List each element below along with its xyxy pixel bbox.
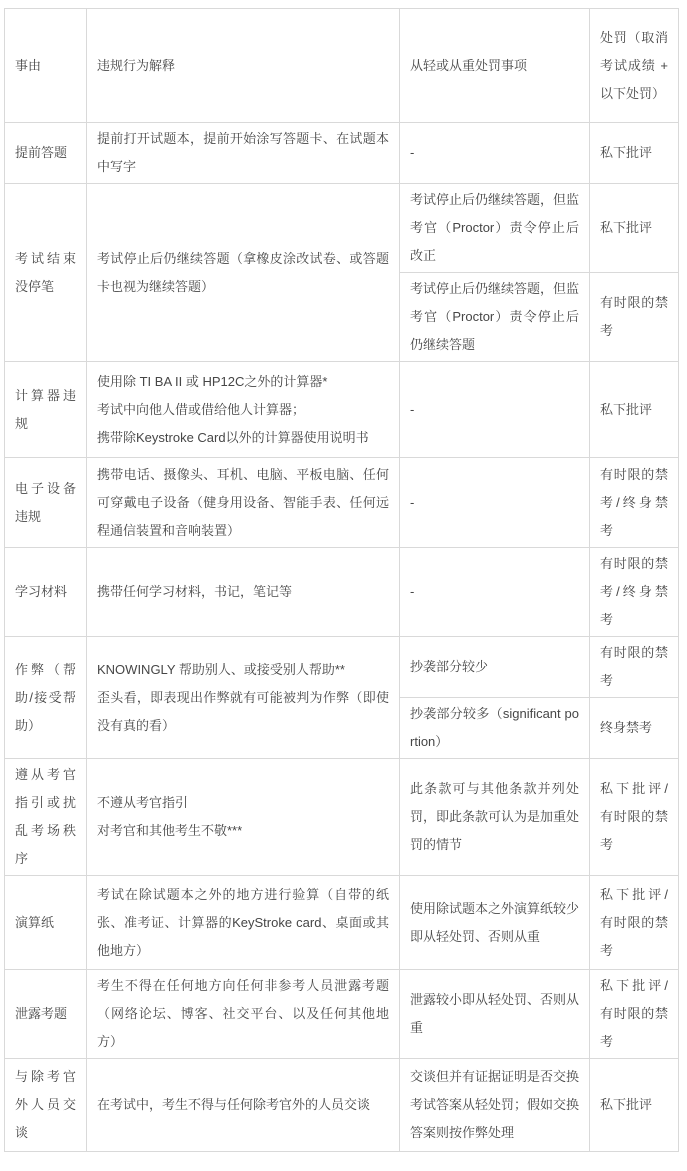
modifier-cell: 抄袭部分较少 — [400, 637, 590, 698]
cell-line: KNOWINGLY 帮助别人、或接受别人帮助** — [97, 656, 389, 684]
reason-cell: 提前答题 — [5, 123, 87, 184]
reason-cell: 学习材料 — [5, 548, 87, 637]
reason-cell: 作弊（帮助/接受帮助） — [5, 637, 87, 759]
table-row: 作弊（帮助/接受帮助） KNOWINGLY 帮助别人、或接受别人帮助** 歪头看… — [5, 637, 679, 698]
penalty-cell: 私下批评/有时限的禁考 — [590, 876, 679, 970]
modifier-cell: 泄露较小即从轻处罚、否则从重 — [400, 970, 590, 1059]
penalty-cell: 终身禁考 — [590, 698, 679, 759]
cell-line: 使用除 TI BA II 或 HP12C之外的计算器* — [97, 368, 389, 396]
header-modifier-cell: 从轻或从重处罚事项 — [400, 9, 590, 123]
penalty-cell: 私下批评 — [590, 123, 679, 184]
modifier-cell: 考试停止后仍继续答题，但监考官（Proctor）责令停止后仍继续答题 — [400, 273, 590, 362]
reason-cell: 电子设备违规 — [5, 458, 87, 548]
table-row: 电子设备违规 携带电话、摄像头、耳机、电脑、平板电脑、任何可穿戴电子设备（健身用… — [5, 458, 679, 548]
modifier-cell: 交谈但并有证据证明是否交换考试答案从轻处罚；假如交换答案则按作弊处理 — [400, 1059, 590, 1152]
header-reason-cell: 事由 — [5, 9, 87, 123]
modifier-cell: - — [400, 362, 590, 458]
reason-cell: 与除考官外人员交谈 — [5, 1059, 87, 1152]
penalty-cell: 有时限的禁考/终身禁考 — [590, 458, 679, 548]
reason-cell: 遵从考官指引或扰乱考场秩序 — [5, 759, 87, 876]
reason-cell: 考试结束没停笔 — [5, 184, 87, 362]
table-row: 计算器违规 使用除 TI BA II 或 HP12C之外的计算器* 考试中向他人… — [5, 362, 679, 458]
cell-line: 对考官和其他考生不敬*** — [97, 817, 389, 845]
explanation-cell: 使用除 TI BA II 或 HP12C之外的计算器* 考试中向他人借或借给他人… — [87, 362, 400, 458]
table-row: 提前答题 提前打开试题本，提前开始涂写答题卡、在试题本中写字 - 私下批评 — [5, 123, 679, 184]
modifier-cell: - — [400, 123, 590, 184]
header-penalty-cell: 处罚（取消考试成绩 + 以下处罚） — [590, 9, 679, 123]
explanation-cell: 考生不得在任何地方向任何非参考人员泄露考题（网络论坛、博客、社交平台、以及任何其… — [87, 970, 400, 1059]
cell-line: 携带除Keystroke Card以外的计算器使用说明书 — [97, 424, 389, 452]
explanation-cell: 携带电话、摄像头、耳机、电脑、平板电脑、任何可穿戴电子设备（健身用设备、智能手表… — [87, 458, 400, 548]
modifier-cell: 抄袭部分较多（significant portion） — [400, 698, 590, 759]
violation-penalty-table: 事由 违规行为解释 从轻或从重处罚事项 处罚（取消考试成绩 + 以下处罚） 提前… — [0, 0, 687, 1152]
explanation-cell: 不遵从考官指引 对考官和其他考生不敬*** — [87, 759, 400, 876]
penalty-cell: 有时限的禁考 — [590, 637, 679, 698]
modifier-cell: 此条款可与其他条款并列处罚，即此条款可认为是加重处罚的情节 — [400, 759, 590, 876]
modifier-cell: 使用除试题本之外演算纸较少即从轻处罚、否则从重 — [400, 876, 590, 970]
table-row: 泄露考题 考生不得在任何地方向任何非参考人员泄露考题（网络论坛、博客、社交平台、… — [5, 970, 679, 1059]
table-row: 演算纸 考试在除试题本之外的地方进行验算（自带的纸张、准考证、计算器的KeySt… — [5, 876, 679, 970]
table-row: 与除考官外人员交谈 在考试中，考生不得与任何除考官外的人员交谈 交谈但并有证据证… — [5, 1059, 679, 1152]
explanation-cell: 提前打开试题本，提前开始涂写答题卡、在试题本中写字 — [87, 123, 400, 184]
table-row: 学习材料 携带任何学习材料，书记，笔记等 - 有时限的禁考/终身禁考 — [5, 548, 679, 637]
table-row: 考试结束没停笔 考试停止后仍继续答题（拿橡皮涂改试卷、或答题卡也视为继续答题） … — [5, 184, 679, 273]
penalty-cell: 私下批评 — [590, 362, 679, 458]
explanation-cell: 考试在除试题本之外的地方进行验算（自带的纸张、准考证、计算器的KeyStroke… — [87, 876, 400, 970]
cell-line: 歪头看，即表现出作弊就有可能被判为作弊（即使没有真的看） — [97, 684, 389, 740]
reason-cell: 计算器违规 — [5, 362, 87, 458]
explanation-cell: KNOWINGLY 帮助别人、或接受别人帮助** 歪头看，即表现出作弊就有可能被… — [87, 637, 400, 759]
modifier-cell: 考试停止后仍继续答题，但监考官（Proctor）责令停止后改正 — [400, 184, 590, 273]
header-explanation-cell: 违规行为解释 — [87, 9, 400, 123]
cell-line: 考试中向他人借或借给他人计算器； — [97, 396, 389, 424]
penalty-cell: 私下批评 — [590, 184, 679, 273]
modifier-cell: - — [400, 458, 590, 548]
modifier-cell: - — [400, 548, 590, 637]
explanation-cell: 在考试中，考生不得与任何除考官外的人员交谈 — [87, 1059, 400, 1152]
penalty-cell: 有时限的禁考 — [590, 273, 679, 362]
explanation-cell: 考试停止后仍继续答题（拿橡皮涂改试卷、或答题卡也视为继续答题） — [87, 184, 400, 362]
explanation-cell: 携带任何学习材料，书记，笔记等 — [87, 548, 400, 637]
table-row: 遵从考官指引或扰乱考场秩序 不遵从考官指引 对考官和其他考生不敬*** 此条款可… — [5, 759, 679, 876]
penalty-cell: 私下批评/有时限的禁考 — [590, 759, 679, 876]
cell-line: 不遵从考官指引 — [97, 789, 389, 817]
rules-table: 事由 违规行为解释 从轻或从重处罚事项 处罚（取消考试成绩 + 以下处罚） 提前… — [4, 8, 679, 1152]
penalty-cell: 有时限的禁考/终身禁考 — [590, 548, 679, 637]
reason-cell: 泄露考题 — [5, 970, 87, 1059]
penalty-cell: 私下批评 — [590, 1059, 679, 1152]
penalty-cell: 私下批评/有时限的禁考 — [590, 970, 679, 1059]
header-row: 事由 违规行为解释 从轻或从重处罚事项 处罚（取消考试成绩 + 以下处罚） — [5, 9, 679, 123]
reason-cell: 演算纸 — [5, 876, 87, 970]
